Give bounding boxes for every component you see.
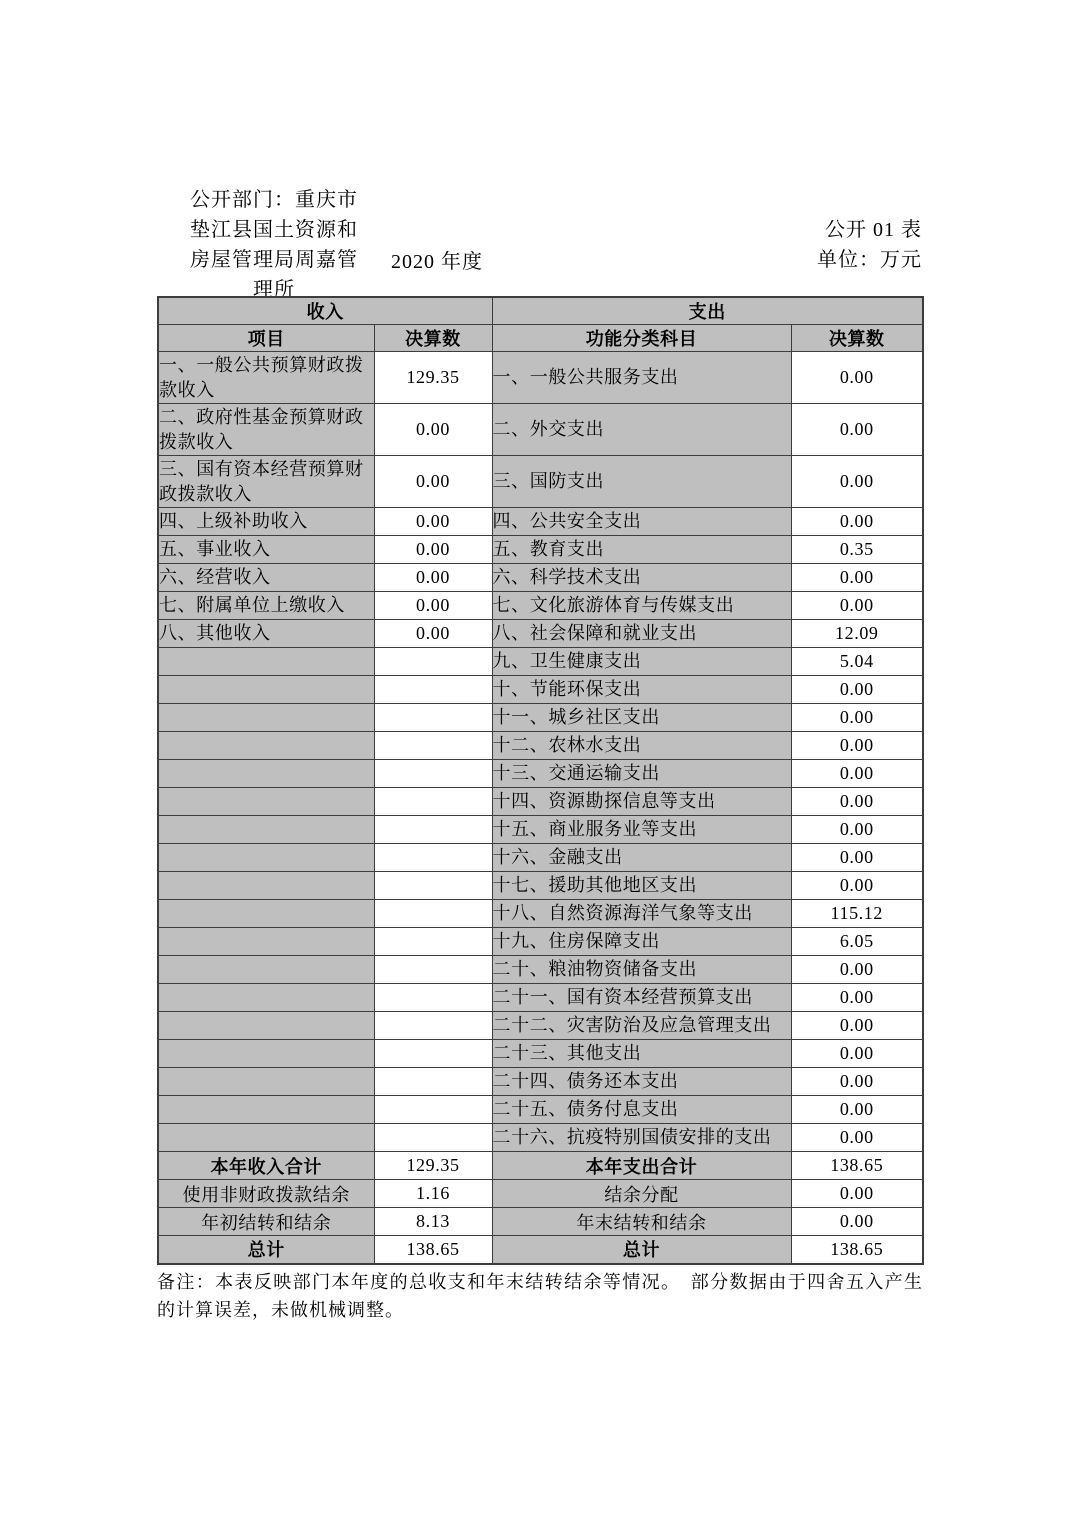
- expense-item-cell: 二十、粮油物资储备支出: [492, 956, 791, 984]
- table-row: 十四、资源勘探信息等支出0.00: [158, 788, 923, 816]
- income-summary-amount-cell: 8.13: [374, 1208, 492, 1236]
- expense-item-cell: 十八、自然资源海洋气象等支出: [492, 900, 791, 928]
- expense-amount-cell: 0.00: [791, 788, 923, 816]
- income-amount-header: 决算数: [374, 325, 492, 352]
- expense-amount-cell: 6.05: [791, 928, 923, 956]
- table-row: 二十三、其他支出0.00: [158, 1040, 923, 1068]
- expense-amount-cell: 0.00: [791, 564, 923, 592]
- income-amount-cell: [374, 816, 492, 844]
- summary-row: 使用非财政拨款结余1.16结余分配0.00: [158, 1180, 923, 1208]
- expense-item-cell: 五、教育支出: [492, 536, 791, 564]
- income-amount-cell: [374, 1096, 492, 1124]
- expense-item-cell: 十七、援助其他地区支出: [492, 872, 791, 900]
- document-page: 公开部门：重庆市 垫江县国土资源和 房屋管理局周嘉管 理所 2020 年度 公开…: [0, 0, 1075, 1520]
- income-amount-cell: 0.00: [374, 456, 492, 508]
- income-item-cell: 七、附属单位上缴收入: [158, 592, 374, 620]
- expense-amount-cell: 0.00: [791, 1040, 923, 1068]
- income-item-cell: [158, 1096, 374, 1124]
- income-item-cell: [158, 928, 374, 956]
- income-item-cell: [158, 704, 374, 732]
- expense-amount-cell: 0.00: [791, 456, 923, 508]
- expense-item-cell: 四、公共安全支出: [492, 508, 791, 536]
- header-meta: 公开 01 表 单位：万元: [817, 215, 922, 275]
- table-row: 二十四、债务还本支出0.00: [158, 1068, 923, 1096]
- income-amount-cell: 0.00: [374, 536, 492, 564]
- income-summary-label-cell: 年初结转和结余: [158, 1208, 374, 1236]
- expense-amount-cell: 12.09: [791, 620, 923, 648]
- expense-item-cell: 一、一般公共服务支出: [492, 352, 791, 404]
- document-header: 公开部门：重庆市 垫江县国土资源和 房屋管理局周嘉管 理所 2020 年度 公开…: [157, 185, 922, 305]
- budget-table-body: 一、一般公共预算财政拨款收入129.35一、一般公共服务支出0.00二、政府性基…: [158, 352, 923, 1264]
- summary-row: 总计138.65总计138.65: [158, 1236, 923, 1264]
- expense-amount-cell: 0.00: [791, 760, 923, 788]
- income-item-cell: 八、其他收入: [158, 620, 374, 648]
- table-row: 七、附属单位上缴收入0.00七、文化旅游体育与传媒支出0.00: [158, 592, 923, 620]
- expense-item-cell: 十一、城乡社区支出: [492, 704, 791, 732]
- income-amount-cell: 0.00: [374, 592, 492, 620]
- income-item-cell: 三、国有资本经营预算财政拨款收入: [158, 456, 374, 508]
- expense-amount-cell: 0.00: [791, 508, 923, 536]
- table-row: 十五、商业服务业等支出0.00: [158, 816, 923, 844]
- income-amount-cell: [374, 956, 492, 984]
- table-row: 十二、农林水支出0.00: [158, 732, 923, 760]
- expense-amount-cell: 5.04: [791, 648, 923, 676]
- table-row: 十八、自然资源海洋气象等支出115.12: [158, 900, 923, 928]
- income-section-header: 收入: [158, 297, 492, 325]
- income-item-header: 项目: [158, 325, 374, 352]
- income-amount-cell: [374, 1012, 492, 1040]
- income-item-cell: 一、一般公共预算财政拨款收入: [158, 352, 374, 404]
- expense-amount-cell: 0.00: [791, 404, 923, 456]
- expense-amount-header: 决算数: [791, 325, 923, 352]
- income-amount-cell: [374, 1068, 492, 1096]
- income-item-cell: 五、事业收入: [158, 536, 374, 564]
- table-row: 十、节能环保支出0.00: [158, 676, 923, 704]
- expense-item-cell: 二十二、灾害防治及应急管理支出: [492, 1012, 791, 1040]
- expense-amount-cell: 0.00: [791, 1012, 923, 1040]
- income-item-cell: 四、上级补助收入: [158, 508, 374, 536]
- income-item-cell: [158, 984, 374, 1012]
- income-amount-cell: [374, 648, 492, 676]
- expense-amount-cell: 0.00: [791, 844, 923, 872]
- income-item-cell: [158, 844, 374, 872]
- income-item-cell: 六、经营收入: [158, 564, 374, 592]
- summary-row: 本年收入合计129.35本年支出合计138.65: [158, 1152, 923, 1180]
- income-amount-cell: 0.00: [374, 564, 492, 592]
- table-row: 二、政府性基金预算财政拨款收入0.00二、外交支出0.00: [158, 404, 923, 456]
- table-row: 十三、交通运输支出0.00: [158, 760, 923, 788]
- expense-amount-cell: 0.00: [791, 956, 923, 984]
- income-summary-amount-cell: 138.65: [374, 1236, 492, 1264]
- income-item-cell: [158, 956, 374, 984]
- table-row: 二十二、灾害防治及应急管理支出0.00: [158, 1012, 923, 1040]
- income-item-cell: [158, 1068, 374, 1096]
- income-amount-cell: 129.35: [374, 352, 492, 404]
- expense-amount-cell: 0.00: [791, 352, 923, 404]
- income-amount-cell: [374, 1040, 492, 1068]
- income-amount-cell: [374, 872, 492, 900]
- expense-item-cell: 二十一、国有资本经营预算支出: [492, 984, 791, 1012]
- income-amount-cell: [374, 732, 492, 760]
- income-amount-cell: 0.00: [374, 620, 492, 648]
- expense-item-header: 功能分类科目: [492, 325, 791, 352]
- income-amount-cell: [374, 984, 492, 1012]
- income-summary-amount-cell: 129.35: [374, 1152, 492, 1180]
- income-summary-label-cell: 总计: [158, 1236, 374, 1264]
- unit-label: 单位：万元: [817, 245, 922, 275]
- income-item-cell: [158, 760, 374, 788]
- table-row: 二十一、国有资本经营预算支出0.00: [158, 984, 923, 1012]
- income-amount-cell: [374, 1124, 492, 1152]
- income-amount-cell: [374, 844, 492, 872]
- income-amount-cell: [374, 760, 492, 788]
- table-row: 十七、援助其他地区支出0.00: [158, 872, 923, 900]
- expense-amount-cell: 0.00: [791, 1068, 923, 1096]
- income-item-cell: [158, 1012, 374, 1040]
- expense-amount-cell: 0.00: [791, 732, 923, 760]
- expense-section-header: 支出: [492, 297, 923, 325]
- expense-summary-label-cell: 总计: [492, 1236, 791, 1264]
- table-row: 二十五、债务付息支出0.00: [158, 1096, 923, 1124]
- expense-item-cell: 十四、资源勘探信息等支出: [492, 788, 791, 816]
- income-item-cell: [158, 1040, 374, 1068]
- income-amount-cell: 0.00: [374, 508, 492, 536]
- expense-item-cell: 三、国防支出: [492, 456, 791, 508]
- expense-amount-cell: 0.00: [791, 984, 923, 1012]
- department-line: 房屋管理局周嘉管: [183, 245, 365, 275]
- income-item-cell: [158, 816, 374, 844]
- income-item-cell: [158, 872, 374, 900]
- expense-amount-cell: 0.00: [791, 676, 923, 704]
- income-item-cell: [158, 676, 374, 704]
- expense-item-cell: 二十六、抗疫特别国债安排的支出: [492, 1124, 791, 1152]
- table-row: 十六、金融支出0.00: [158, 844, 923, 872]
- summary-row: 年初结转和结余8.13年末结转和结余0.00: [158, 1208, 923, 1236]
- department-line: 垫江县国土资源和: [183, 215, 365, 245]
- income-item-cell: 二、政府性基金预算财政拨款收入: [158, 404, 374, 456]
- budget-table: 收入 支出 项目 决算数 功能分类科目 决算数 一、一般公共预算财政拨款收入12…: [157, 296, 924, 1265]
- table-row: 八、其他收入0.00八、社会保障和就业支出12.09: [158, 620, 923, 648]
- expense-amount-cell: 0.00: [791, 1124, 923, 1152]
- expense-item-cell: 十二、农林水支出: [492, 732, 791, 760]
- income-amount-cell: [374, 788, 492, 816]
- expense-item-cell: 十九、住房保障支出: [492, 928, 791, 956]
- expense-summary-amount-cell: 138.65: [791, 1236, 923, 1264]
- expense-item-cell: 十六、金融支出: [492, 844, 791, 872]
- table-row: 四、上级补助收入0.00四、公共安全支出0.00: [158, 508, 923, 536]
- expense-item-cell: 七、文化旅游体育与传媒支出: [492, 592, 791, 620]
- expense-amount-cell: 0.00: [791, 1096, 923, 1124]
- expense-summary-label-cell: 结余分配: [492, 1180, 791, 1208]
- income-amount-cell: [374, 928, 492, 956]
- table-row: 二十六、抗疫特别国债安排的支出0.00: [158, 1124, 923, 1152]
- income-amount-cell: [374, 676, 492, 704]
- column-header-row: 项目 决算数 功能分类科目 决算数: [158, 325, 923, 352]
- table-row: 十九、住房保障支出6.05: [158, 928, 923, 956]
- income-summary-label-cell: 本年收入合计: [158, 1152, 374, 1180]
- table-row: 三、国有资本经营预算财政拨款收入0.00三、国防支出0.00: [158, 456, 923, 508]
- expense-summary-amount-cell: 138.65: [791, 1152, 923, 1180]
- income-amount-cell: [374, 900, 492, 928]
- income-item-cell: [158, 900, 374, 928]
- income-summary-label-cell: 使用非财政拨款结余: [158, 1180, 374, 1208]
- expense-summary-amount-cell: 0.00: [791, 1180, 923, 1208]
- expense-summary-amount-cell: 0.00: [791, 1208, 923, 1236]
- expense-item-cell: 九、卫生健康支出: [492, 648, 791, 676]
- expense-summary-label-cell: 年末结转和结余: [492, 1208, 791, 1236]
- expense-item-cell: 六、科学技术支出: [492, 564, 791, 592]
- expense-summary-label-cell: 本年支出合计: [492, 1152, 791, 1180]
- income-summary-amount-cell: 1.16: [374, 1180, 492, 1208]
- expense-item-cell: 十五、商业服务业等支出: [492, 816, 791, 844]
- expense-item-cell: 二十五、债务付息支出: [492, 1096, 791, 1124]
- fiscal-year-label: 2020 年度: [391, 245, 483, 274]
- expense-amount-cell: 0.00: [791, 704, 923, 732]
- expense-amount-cell: 0.00: [791, 592, 923, 620]
- income-item-cell: [158, 648, 374, 676]
- table-row: 九、卫生健康支出5.04: [158, 648, 923, 676]
- expense-item-cell: 二、外交支出: [492, 404, 791, 456]
- income-amount-cell: [374, 704, 492, 732]
- table-row: 二十、粮油物资储备支出0.00: [158, 956, 923, 984]
- table-code-label: 公开 01 表: [817, 215, 922, 245]
- income-item-cell: [158, 788, 374, 816]
- section-header-row: 收入 支出: [158, 297, 923, 325]
- table-row: 六、经营收入0.00六、科学技术支出0.00: [158, 564, 923, 592]
- expense-amount-cell: 0.00: [791, 872, 923, 900]
- expense-item-cell: 二十四、债务还本支出: [492, 1068, 791, 1096]
- expense-amount-cell: 115.12: [791, 900, 923, 928]
- footer-note: 备注：本表反映部门本年度的总收支和年末结转结余等情况。 部分数据由于四舍五入产生…: [157, 1268, 923, 1324]
- expense-item-cell: 十三、交通运输支出: [492, 760, 791, 788]
- income-item-cell: [158, 1124, 374, 1152]
- publishing-department: 公开部门：重庆市 垫江县国土资源和 房屋管理局周嘉管 理所: [183, 185, 365, 305]
- expense-item-cell: 十、节能环保支出: [492, 676, 791, 704]
- expense-amount-cell: 0.35: [791, 536, 923, 564]
- income-amount-cell: 0.00: [374, 404, 492, 456]
- table-row: 十一、城乡社区支出0.00: [158, 704, 923, 732]
- table-row: 一、一般公共预算财政拨款收入129.35一、一般公共服务支出0.00: [158, 352, 923, 404]
- expense-item-cell: 八、社会保障和就业支出: [492, 620, 791, 648]
- expense-item-cell: 二十三、其他支出: [492, 1040, 791, 1068]
- department-line: 公开部门：重庆市: [183, 185, 365, 215]
- income-item-cell: [158, 732, 374, 760]
- table-row: 五、事业收入0.00五、教育支出0.35: [158, 536, 923, 564]
- expense-amount-cell: 0.00: [791, 816, 923, 844]
